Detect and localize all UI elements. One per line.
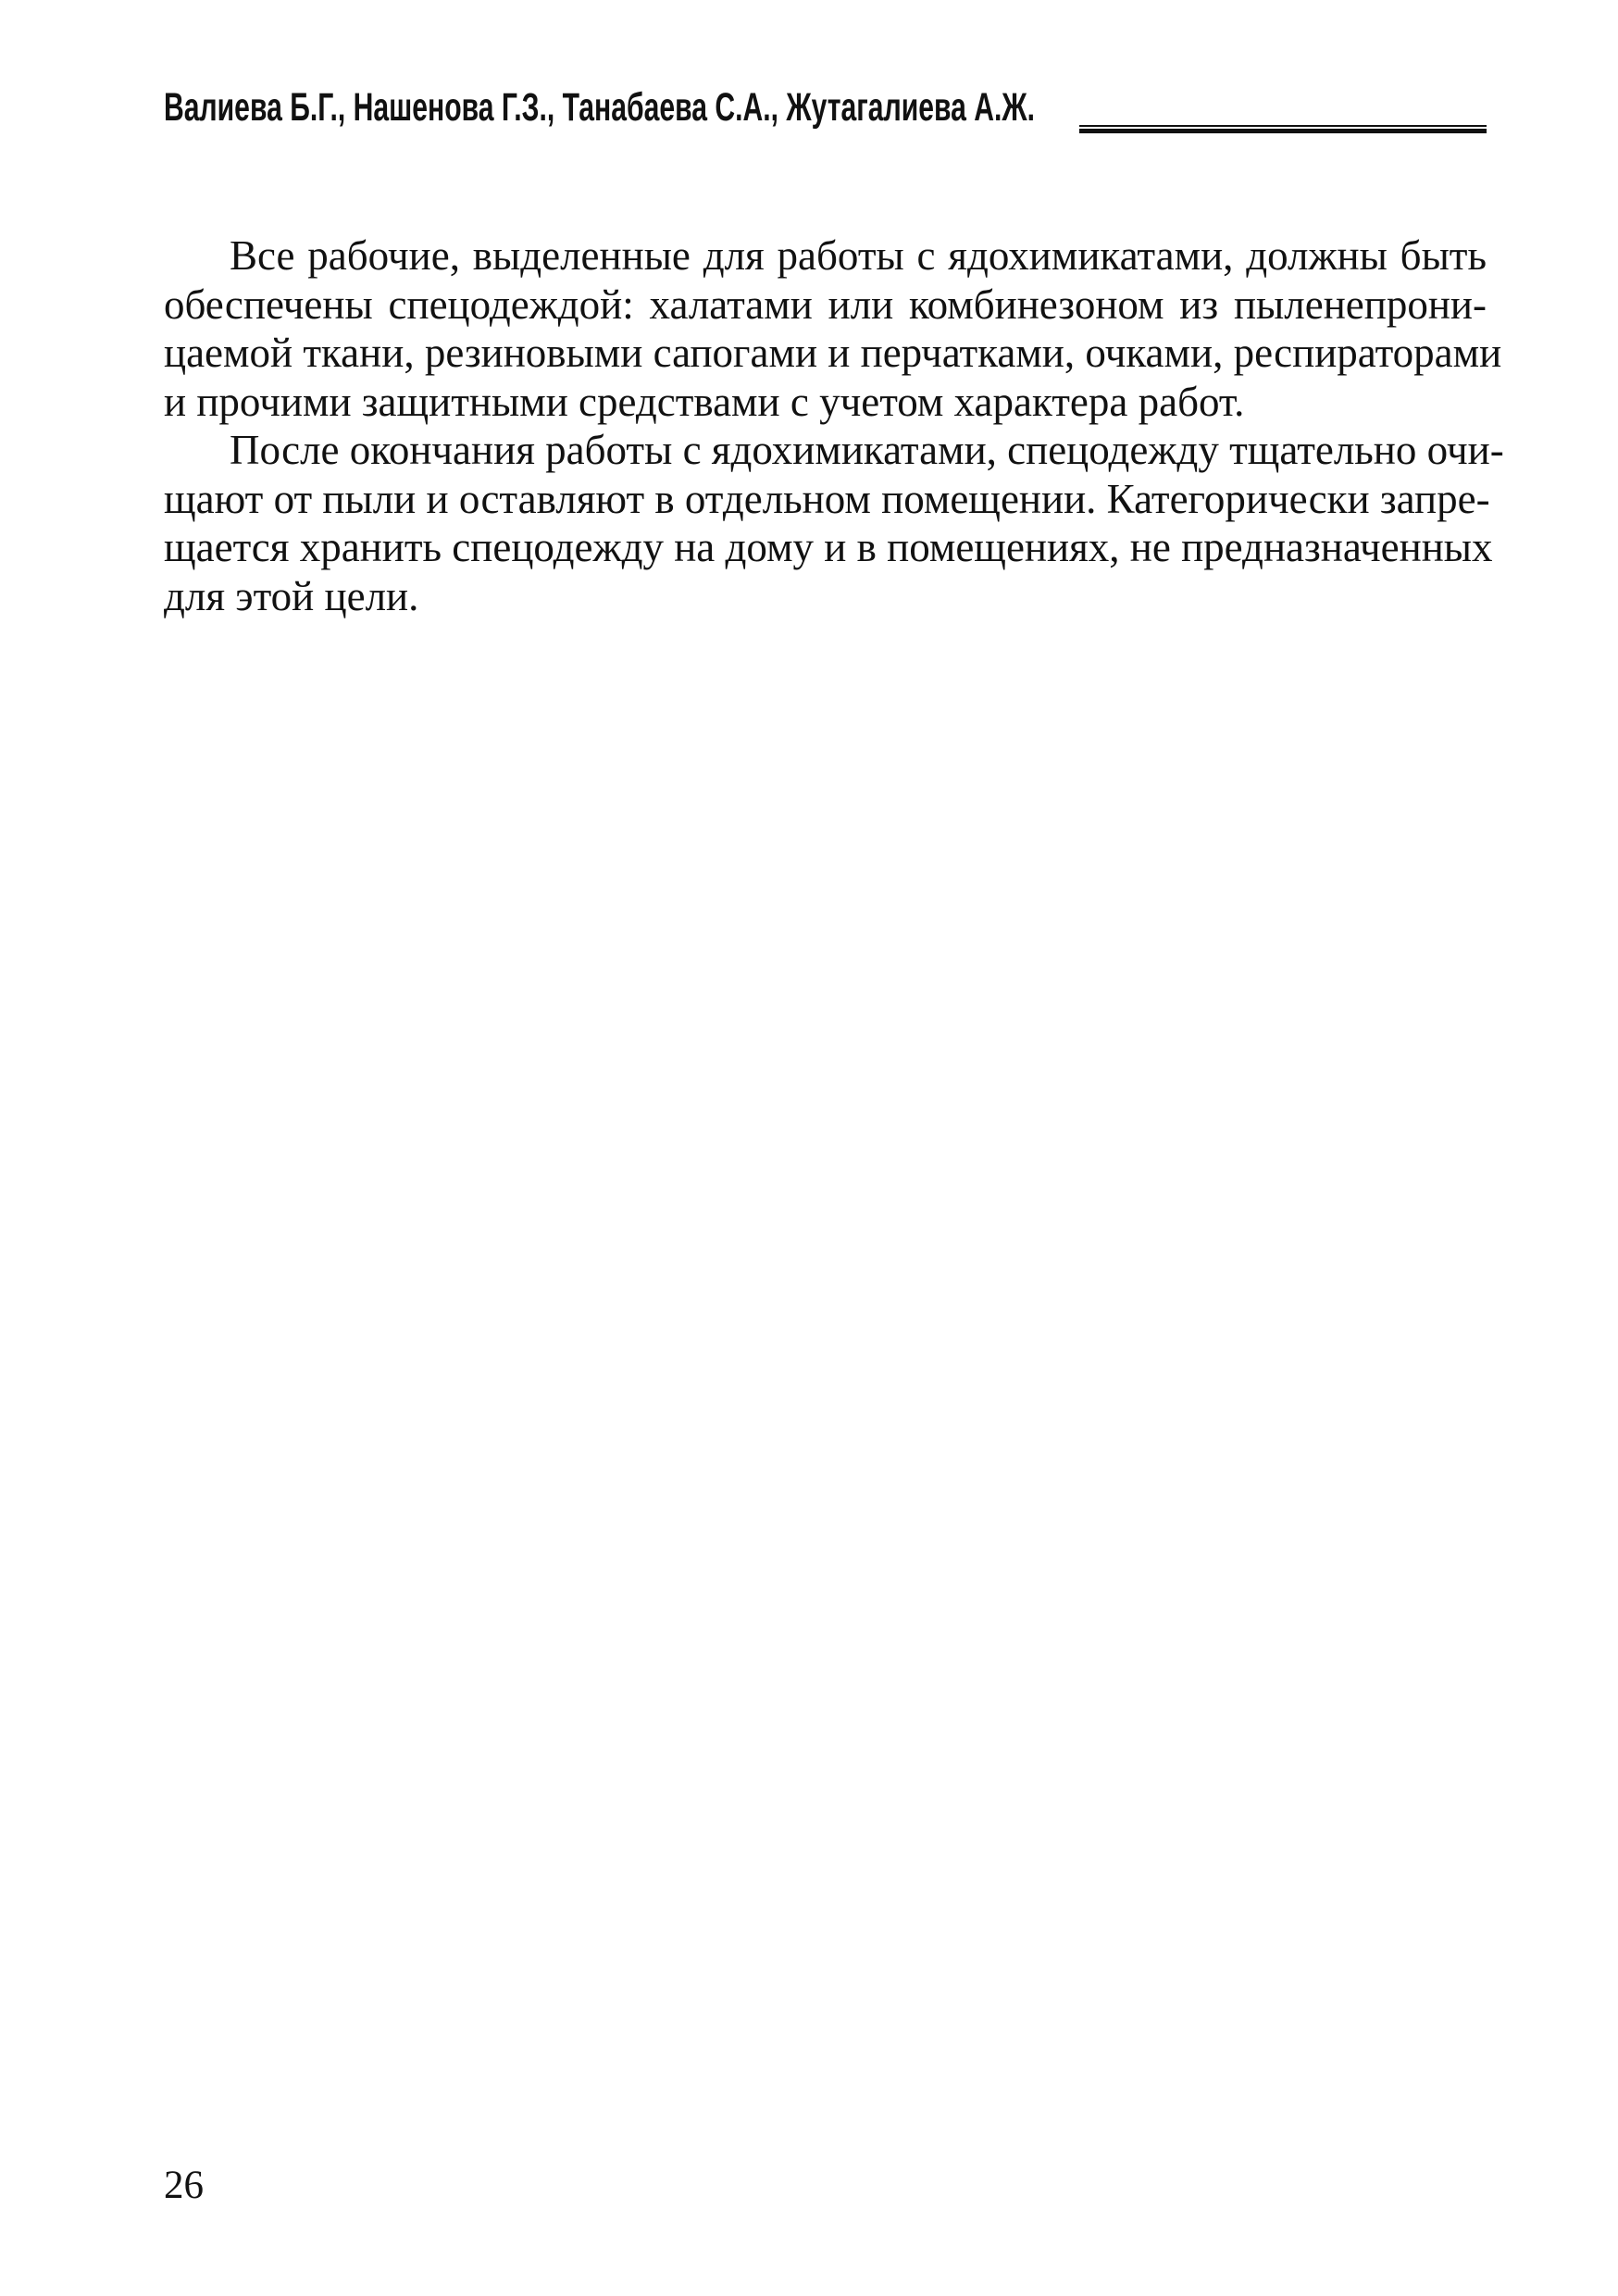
paragraph-clothing-storage: После окончания работы с ядохимикатами, … [164,426,1487,620]
page-number: 26 [164,2165,204,2205]
text-line: После окончания работы с ядохимикатами, … [164,426,1487,475]
running-head: Валиева Б.Г., Нашенова Г.З., Танабаева С… [164,87,1035,128]
text-line: и прочими защитными средствами с учетом … [164,378,1487,427]
body-text: Все рабочие, выделенные для работы с ядо… [164,231,1487,620]
header-rule-thin [1079,125,1487,127]
header-rule-thick [1079,129,1487,133]
text-line: для этой цели. [164,572,1487,621]
text-line: Все рабочие, выделенные для работы с ядо… [164,231,1487,281]
running-head-authors: Валиева Б.Г., Нашенова Г.З., Танабаева С… [164,87,1035,128]
text-line: обеспечены спецодеждой: халатами или ком… [164,281,1487,330]
text-line: щается хранить спецодежду на дому и в по… [164,523,1487,572]
text-line: щают от пыли и оставляют в отдельном пом… [164,475,1487,524]
paragraph-protective-clothing: Все рабочие, выделенные для работы с ядо… [164,231,1487,426]
text-line: цаемой ткани, резиновыми сапогами и перч… [164,329,1487,378]
